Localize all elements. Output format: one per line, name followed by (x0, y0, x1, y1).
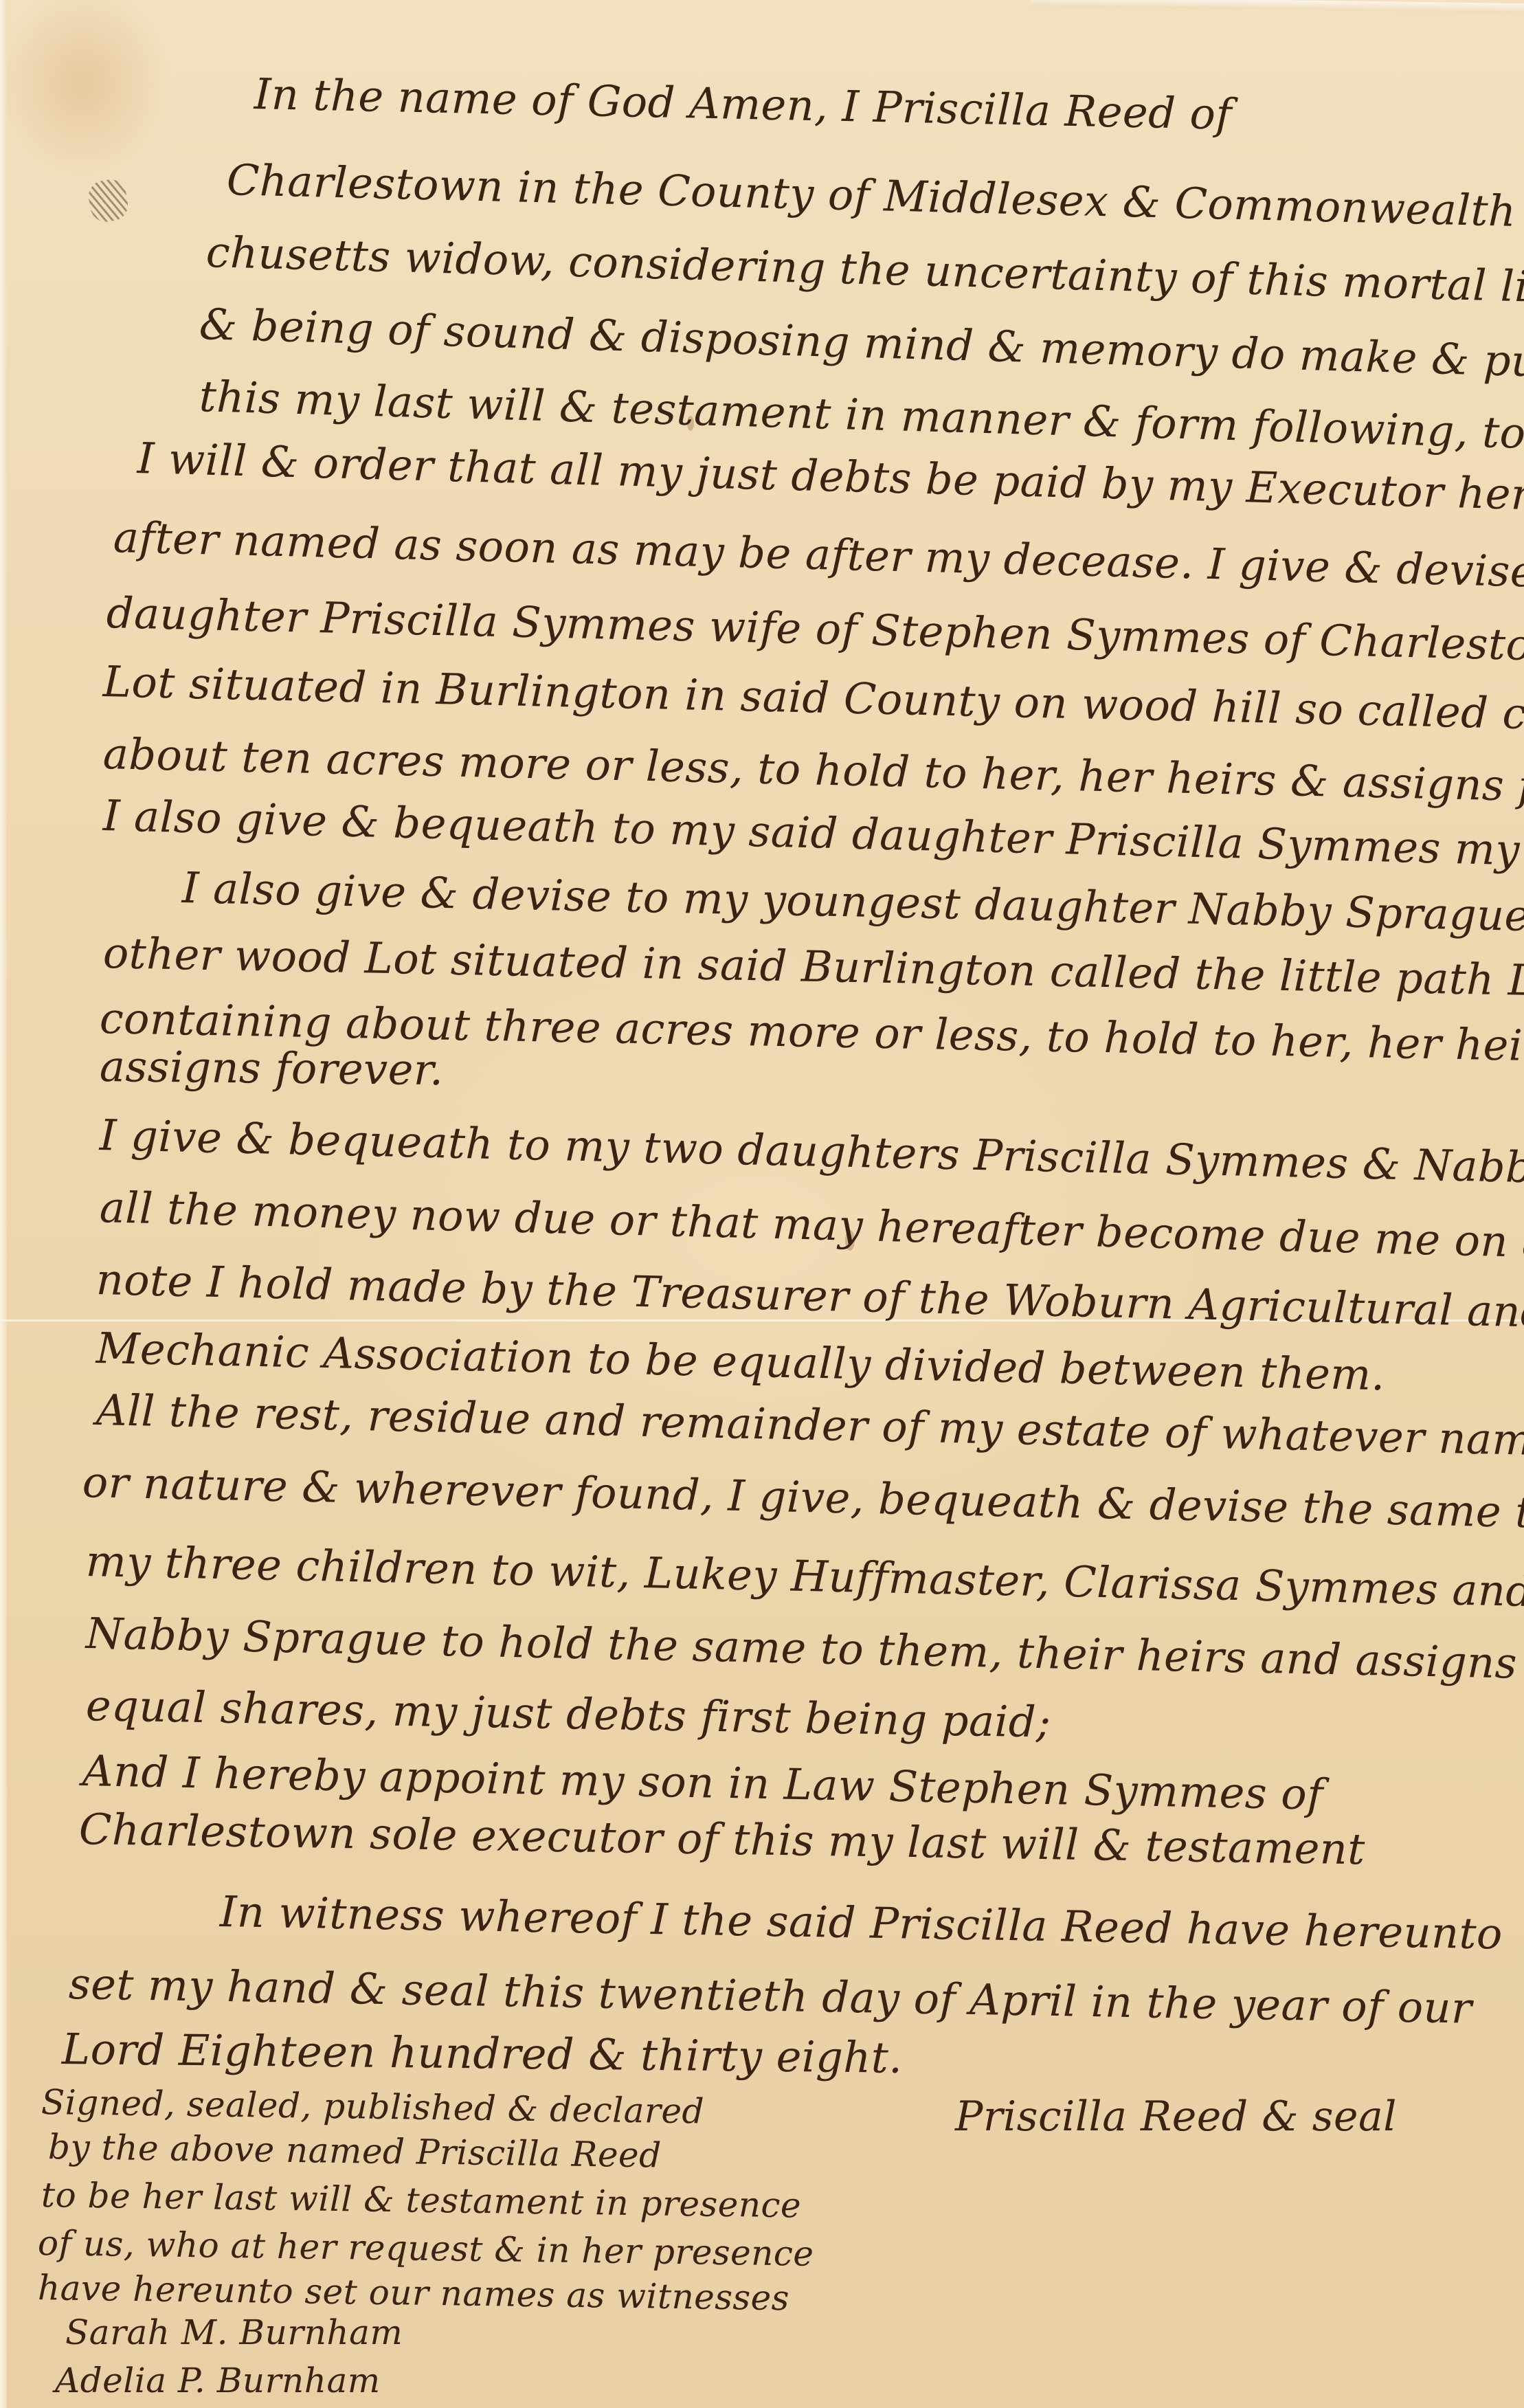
witness-signature-1: Sarah M. Burnham (65, 2312, 403, 2352)
body-line-4: & being of sound & disposing mind & memo… (199, 299, 1524, 390)
body-line-1: In the name of God Amen, I Priscilla Ree… (254, 69, 1232, 140)
ink-fingerprint-smudge (86, 177, 131, 225)
attestation-line-1: Signed, sealed, published & declared (41, 2082, 705, 2131)
paper-top-edge (1031, 0, 1524, 13)
body-line-22: my three children to wit, Lukey Huffmast… (85, 1536, 1524, 1616)
attestation-line-2: by the above named Priscilla Reed (48, 2127, 662, 2175)
body-line-27: In witness whereof I the said Priscilla … (219, 1886, 1503, 1959)
body-line-17: all the money now due or that may hereaf… (99, 1182, 1524, 1267)
body-line-28: set my hand & seal this twentieth day of… (68, 1959, 1472, 2033)
testator-signature: Priscilla Reed & seal (955, 2093, 1397, 2141)
body-line-12: I also give & devise to my youngest daug… (181, 862, 1524, 942)
body-line-15: assigns forever. (100, 1041, 444, 1095)
paper-left-edge (0, 0, 7, 2408)
body-line-23: Nabby Sprague to hold the same to them, … (85, 1608, 1524, 1689)
body-line-9: Lot situated in Burlington in said Count… (102, 656, 1524, 744)
body-line-18: note I hold made by the Treasurer of the… (96, 1254, 1524, 1337)
attestation-line-3: to be her last will & testament in prese… (41, 2175, 802, 2225)
body-line-24: equal shares, my just debts first being … (85, 1680, 1051, 1748)
attestation-line-4: of us, who at her request & in her prese… (38, 2223, 814, 2274)
body-line-2: Charlestown in the County of Middlesex &… (226, 155, 1524, 242)
body-line-7: after named as soon as may be after my d… (113, 512, 1524, 600)
body-line-21: or nature & wherever found, I give, bequ… (82, 1457, 1524, 1538)
manuscript-page: In the name of God Amen, I Priscilla Ree… (0, 0, 1524, 2408)
body-line-29: Lord Eighteen hundred & thirty eight. (62, 2024, 903, 2083)
body-line-3: chusetts widow, considering the uncertai… (205, 227, 1524, 313)
body-line-16: I give & bequeath to my two daughters Pr… (99, 1110, 1524, 1198)
body-line-13: other wood Lot situated in said Burlingt… (102, 928, 1524, 1007)
attestation-line-5: have hereunto set our names as witnesses (38, 2268, 790, 2318)
witness-signature-2: Adelia P. Burnham (55, 2361, 381, 2400)
